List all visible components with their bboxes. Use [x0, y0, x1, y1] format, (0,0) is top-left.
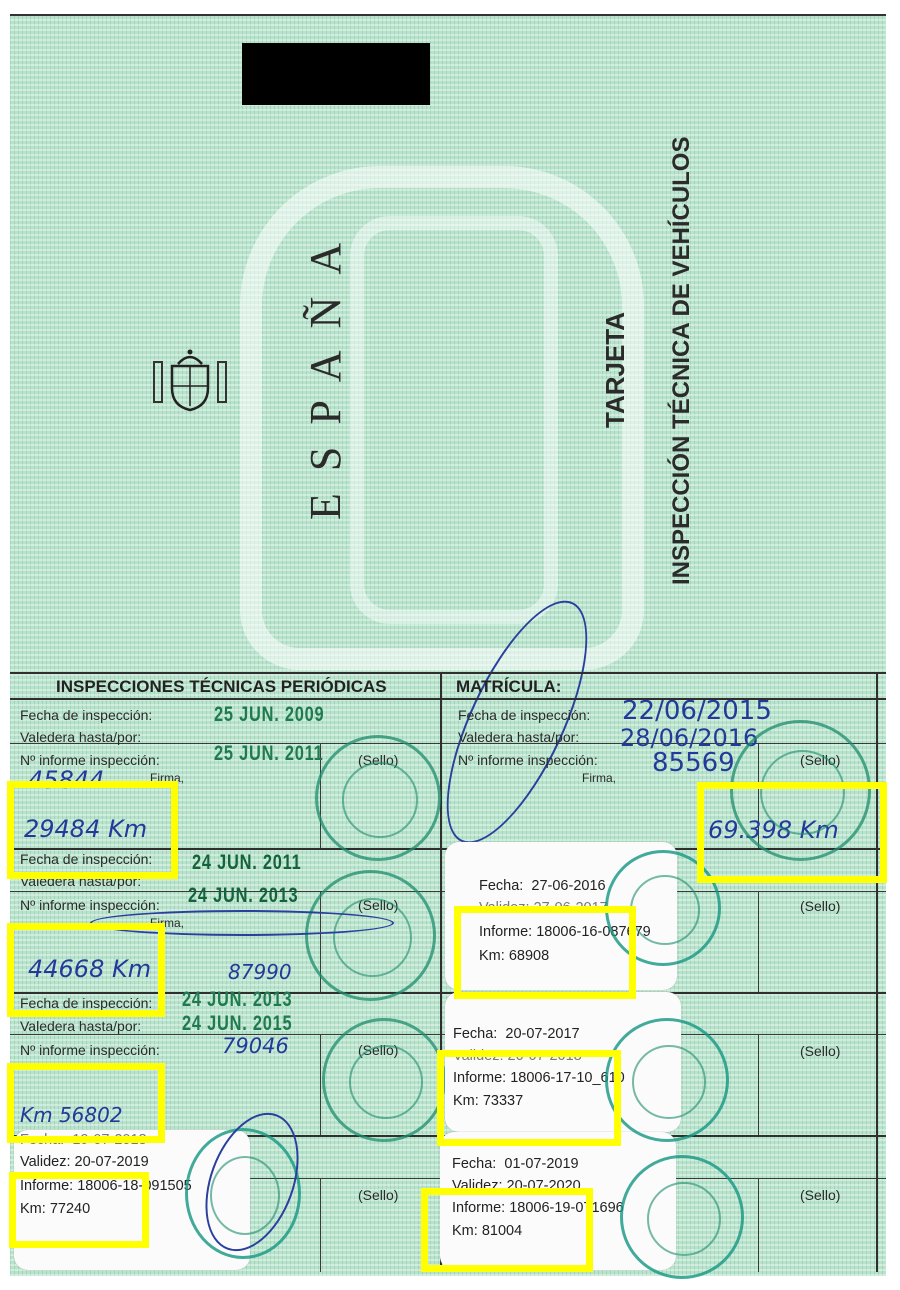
validez-value: 20-07-2019 — [75, 1154, 149, 1170]
official-seal — [305, 870, 436, 1001]
fecha-label: Fecha: — [453, 1026, 497, 1042]
km-highlight-7 — [9, 1172, 149, 1248]
official-seal — [322, 1018, 446, 1142]
km-highlight-1 — [7, 781, 178, 879]
country-label: ESPAÑA — [300, 221, 351, 520]
fecha-value: 25 JUN. 2009 — [214, 703, 324, 727]
valedera-value: 24 JUN. 2015 — [182, 1012, 292, 1036]
plate-header: MATRÍCULA: — [456, 677, 561, 697]
card-subtitle: INSPECCIÓN TÉCNICA DE VEHÍCULOS — [668, 137, 696, 586]
fecha-label: Fecha: — [479, 878, 523, 894]
informe-value: 85569 — [652, 748, 735, 778]
card-title: TARJETA — [600, 312, 631, 428]
informe-label: Nº informe inspección: — [458, 752, 598, 768]
valedera-label: Valedera hasta/por: — [20, 1018, 141, 1034]
valedera-value: 24 JUN. 2013 — [188, 884, 298, 908]
fecha-value: 20-07-2017 — [505, 1026, 579, 1042]
fecha-value: 01-07-2019 — [504, 1156, 578, 1172]
informe-label: Nº informe inspección: — [20, 897, 160, 913]
km-highlight-8 — [421, 1188, 593, 1272]
sello-label: (Sello) — [358, 1187, 398, 1203]
official-seal — [605, 1018, 729, 1142]
valedera-label: Valedera hasta/por: — [20, 729, 141, 745]
fecha-value: 22/06/2015 — [622, 696, 772, 726]
fecha-label: Fecha de inspección: — [20, 707, 152, 723]
km-highlight-2 — [7, 923, 165, 1017]
redaction-box — [242, 43, 430, 105]
informe-value: 79046 — [222, 1034, 289, 1058]
fecha-value: 27-06-2016 — [531, 878, 605, 894]
validez-label: Validez: — [20, 1154, 71, 1170]
sello-label: (Sello) — [800, 898, 840, 914]
official-seal — [620, 1155, 744, 1279]
km-highlight-5 — [454, 906, 636, 999]
fecha-value: 24 JUN. 2011 — [192, 851, 302, 875]
sello-label: (Sello) — [800, 1187, 840, 1203]
sello-label: (Sello) — [800, 1043, 840, 1059]
informe-label: Nº informe inspección: — [20, 1042, 160, 1058]
watermark-emblem-inner — [350, 216, 558, 624]
informe-value: 87990 — [228, 960, 292, 984]
km-highlight-3 — [7, 1063, 165, 1143]
periodic-inspections-header: INSPECCIONES TÉCNICAS PERIÓDICAS — [56, 677, 387, 697]
fecha-value: 24 JUN. 2013 — [182, 988, 292, 1012]
km-highlight-4 — [697, 782, 887, 883]
fecha-label: Fecha de inspección: — [458, 707, 590, 723]
valedera-value: 25 JUN. 2011 — [214, 742, 324, 766]
valedera-label: Valedera hasta/por: — [458, 729, 579, 745]
firma-label: Firma, — [582, 771, 616, 785]
coat-of-arms-icon — [150, 348, 230, 414]
official-seal — [315, 735, 441, 861]
fecha-label: Fecha: — [452, 1156, 496, 1172]
km-highlight-6 — [437, 1050, 621, 1146]
